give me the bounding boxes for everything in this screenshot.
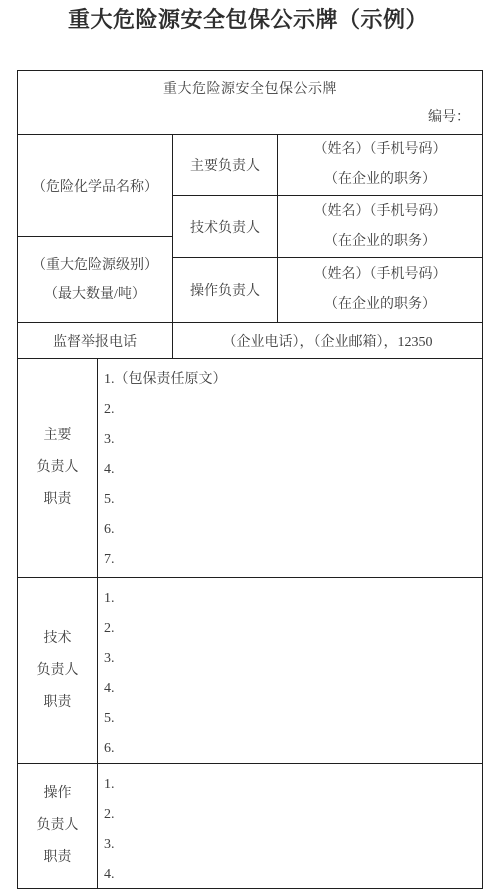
- hazard-level-cell: （重大危险源级别） （最大数量/吨）: [18, 237, 172, 322]
- contact-line1: （姓名）（手机号码）: [314, 135, 447, 165]
- contact-line2: （在企业的职务）: [324, 227, 436, 257]
- duty-item: 6.: [104, 734, 476, 764]
- duty-label-operation-principal: 操作 负责人 职责: [18, 764, 98, 888]
- board-number-label: 编号：: [18, 106, 482, 130]
- duty-item: 4.: [104, 860, 476, 890]
- duty-item: 7.: [104, 545, 476, 575]
- publicity-board-table: 重大危险源安全包保公示牌 编号： （危险化学品名称） （重大危险源级别） （最大…: [17, 70, 483, 889]
- report-phone-label: 监督举报电话: [18, 323, 173, 358]
- info-left-column: （危险化学品名称） （重大危险源级别） （最大数量/吨）: [18, 135, 173, 322]
- duty-label-line2: 负责人: [37, 452, 79, 484]
- duty-item: 5.: [104, 485, 476, 515]
- contact-cell-operation-principal: （姓名）（手机号码） （在企业的职务）: [278, 258, 482, 322]
- contact-line2: （在企业的职务）: [324, 165, 436, 195]
- duty-item: 4.: [104, 674, 476, 704]
- hazard-level-line2: （最大数量/吨）: [44, 280, 146, 309]
- duty-label-line2: 负责人: [37, 810, 79, 842]
- duty-label-main-principal: 主要 负责人 职责: [18, 359, 98, 577]
- duty-label-line3: 职责: [44, 842, 72, 874]
- duty-item: 5.: [104, 704, 476, 734]
- duty-section-operation-principal: 操作 负责人 职责 1. 2. 3. 4.: [18, 764, 482, 888]
- duty-label-line3: 职责: [44, 687, 72, 719]
- board-title: 重大危险源安全包保公示牌: [18, 78, 482, 102]
- table-row-technical-principal: 技术负责人 （姓名）（手机号码） （在企业的职务）: [173, 196, 482, 258]
- page: 重大危险源安全包保公示牌（示例） 重大危险源安全包保公示牌 编号： （危险化学品…: [0, 0, 496, 896]
- duty-item: 2.: [104, 395, 476, 425]
- duty-label-line1: 操作: [44, 778, 72, 810]
- contact-line1: （姓名）（手机号码）: [314, 197, 447, 227]
- duty-label-line1: 主要: [44, 420, 72, 452]
- role-label-operation-principal: 操作负责人: [173, 258, 278, 322]
- info-right-column: 主要负责人 （姓名）（手机号码） （在企业的职务） 技术负责人 （姓名）（手机号…: [173, 135, 482, 322]
- duty-item: 2.: [104, 614, 476, 644]
- duty-label-line2: 负责人: [37, 655, 79, 687]
- info-section: （危险化学品名称） （重大危险源级别） （最大数量/吨） 主要负责人 （姓名）（…: [18, 135, 482, 323]
- table-row-main-principal: 主要负责人 （姓名）（手机号码） （在企业的职务）: [173, 135, 482, 196]
- duty-items-technical-principal: 1. 2. 3. 4. 5. 6.: [98, 578, 482, 763]
- duty-label-technical-principal: 技术 负责人 职责: [18, 578, 98, 763]
- hazard-chemical-name-cell: （危险化学品名称）: [18, 135, 172, 237]
- duty-label-line3: 职责: [44, 484, 72, 516]
- duty-item: 1.（包保责任原文）: [104, 365, 476, 395]
- table-row-operation-principal: 操作负责人 （姓名）（手机号码） （在企业的职务）: [173, 258, 482, 322]
- board-header-row: 重大危险源安全包保公示牌 编号：: [18, 71, 482, 135]
- report-phone-row: 监督举报电话 （企业电话），（企业邮箱），12350: [18, 323, 482, 359]
- duty-item: 6.: [104, 515, 476, 545]
- duty-item: 3.: [104, 644, 476, 674]
- duty-items-operation-principal: 1. 2. 3. 4.: [98, 764, 482, 888]
- duty-section-technical-principal: 技术 负责人 职责 1. 2. 3. 4. 5. 6.: [18, 578, 482, 764]
- duty-item: 1.: [104, 770, 476, 800]
- role-label-main-principal: 主要负责人: [173, 135, 278, 195]
- duty-label-line1: 技术: [44, 623, 72, 655]
- duty-item: 1.: [104, 584, 476, 614]
- role-label-technical-principal: 技术负责人: [173, 196, 278, 257]
- duty-section-main-principal: 主要 负责人 职责 1.（包保责任原文） 2. 3. 4. 5. 6. 7.: [18, 359, 482, 578]
- contact-cell-technical-principal: （姓名）（手机号码） （在企业的职务）: [278, 196, 482, 257]
- duty-item: 3.: [104, 830, 476, 860]
- contact-line2: （在企业的职务）: [324, 290, 436, 320]
- page-title: 重大危险源安全包保公示牌（示例）: [0, 6, 496, 34]
- duty-item: 4.: [104, 455, 476, 485]
- duty-item: 2.: [104, 800, 476, 830]
- duty-items-main-principal: 1.（包保责任原文） 2. 3. 4. 5. 6. 7.: [98, 359, 482, 577]
- duty-item: 3.: [104, 425, 476, 455]
- contact-line1: （姓名）（手机号码）: [314, 260, 447, 290]
- hazard-level-line1: （重大危险源级别）: [32, 251, 158, 280]
- report-phone-value: （企业电话），（企业邮箱），12350: [173, 323, 482, 358]
- contact-cell-main-principal: （姓名）（手机号码） （在企业的职务）: [278, 135, 482, 195]
